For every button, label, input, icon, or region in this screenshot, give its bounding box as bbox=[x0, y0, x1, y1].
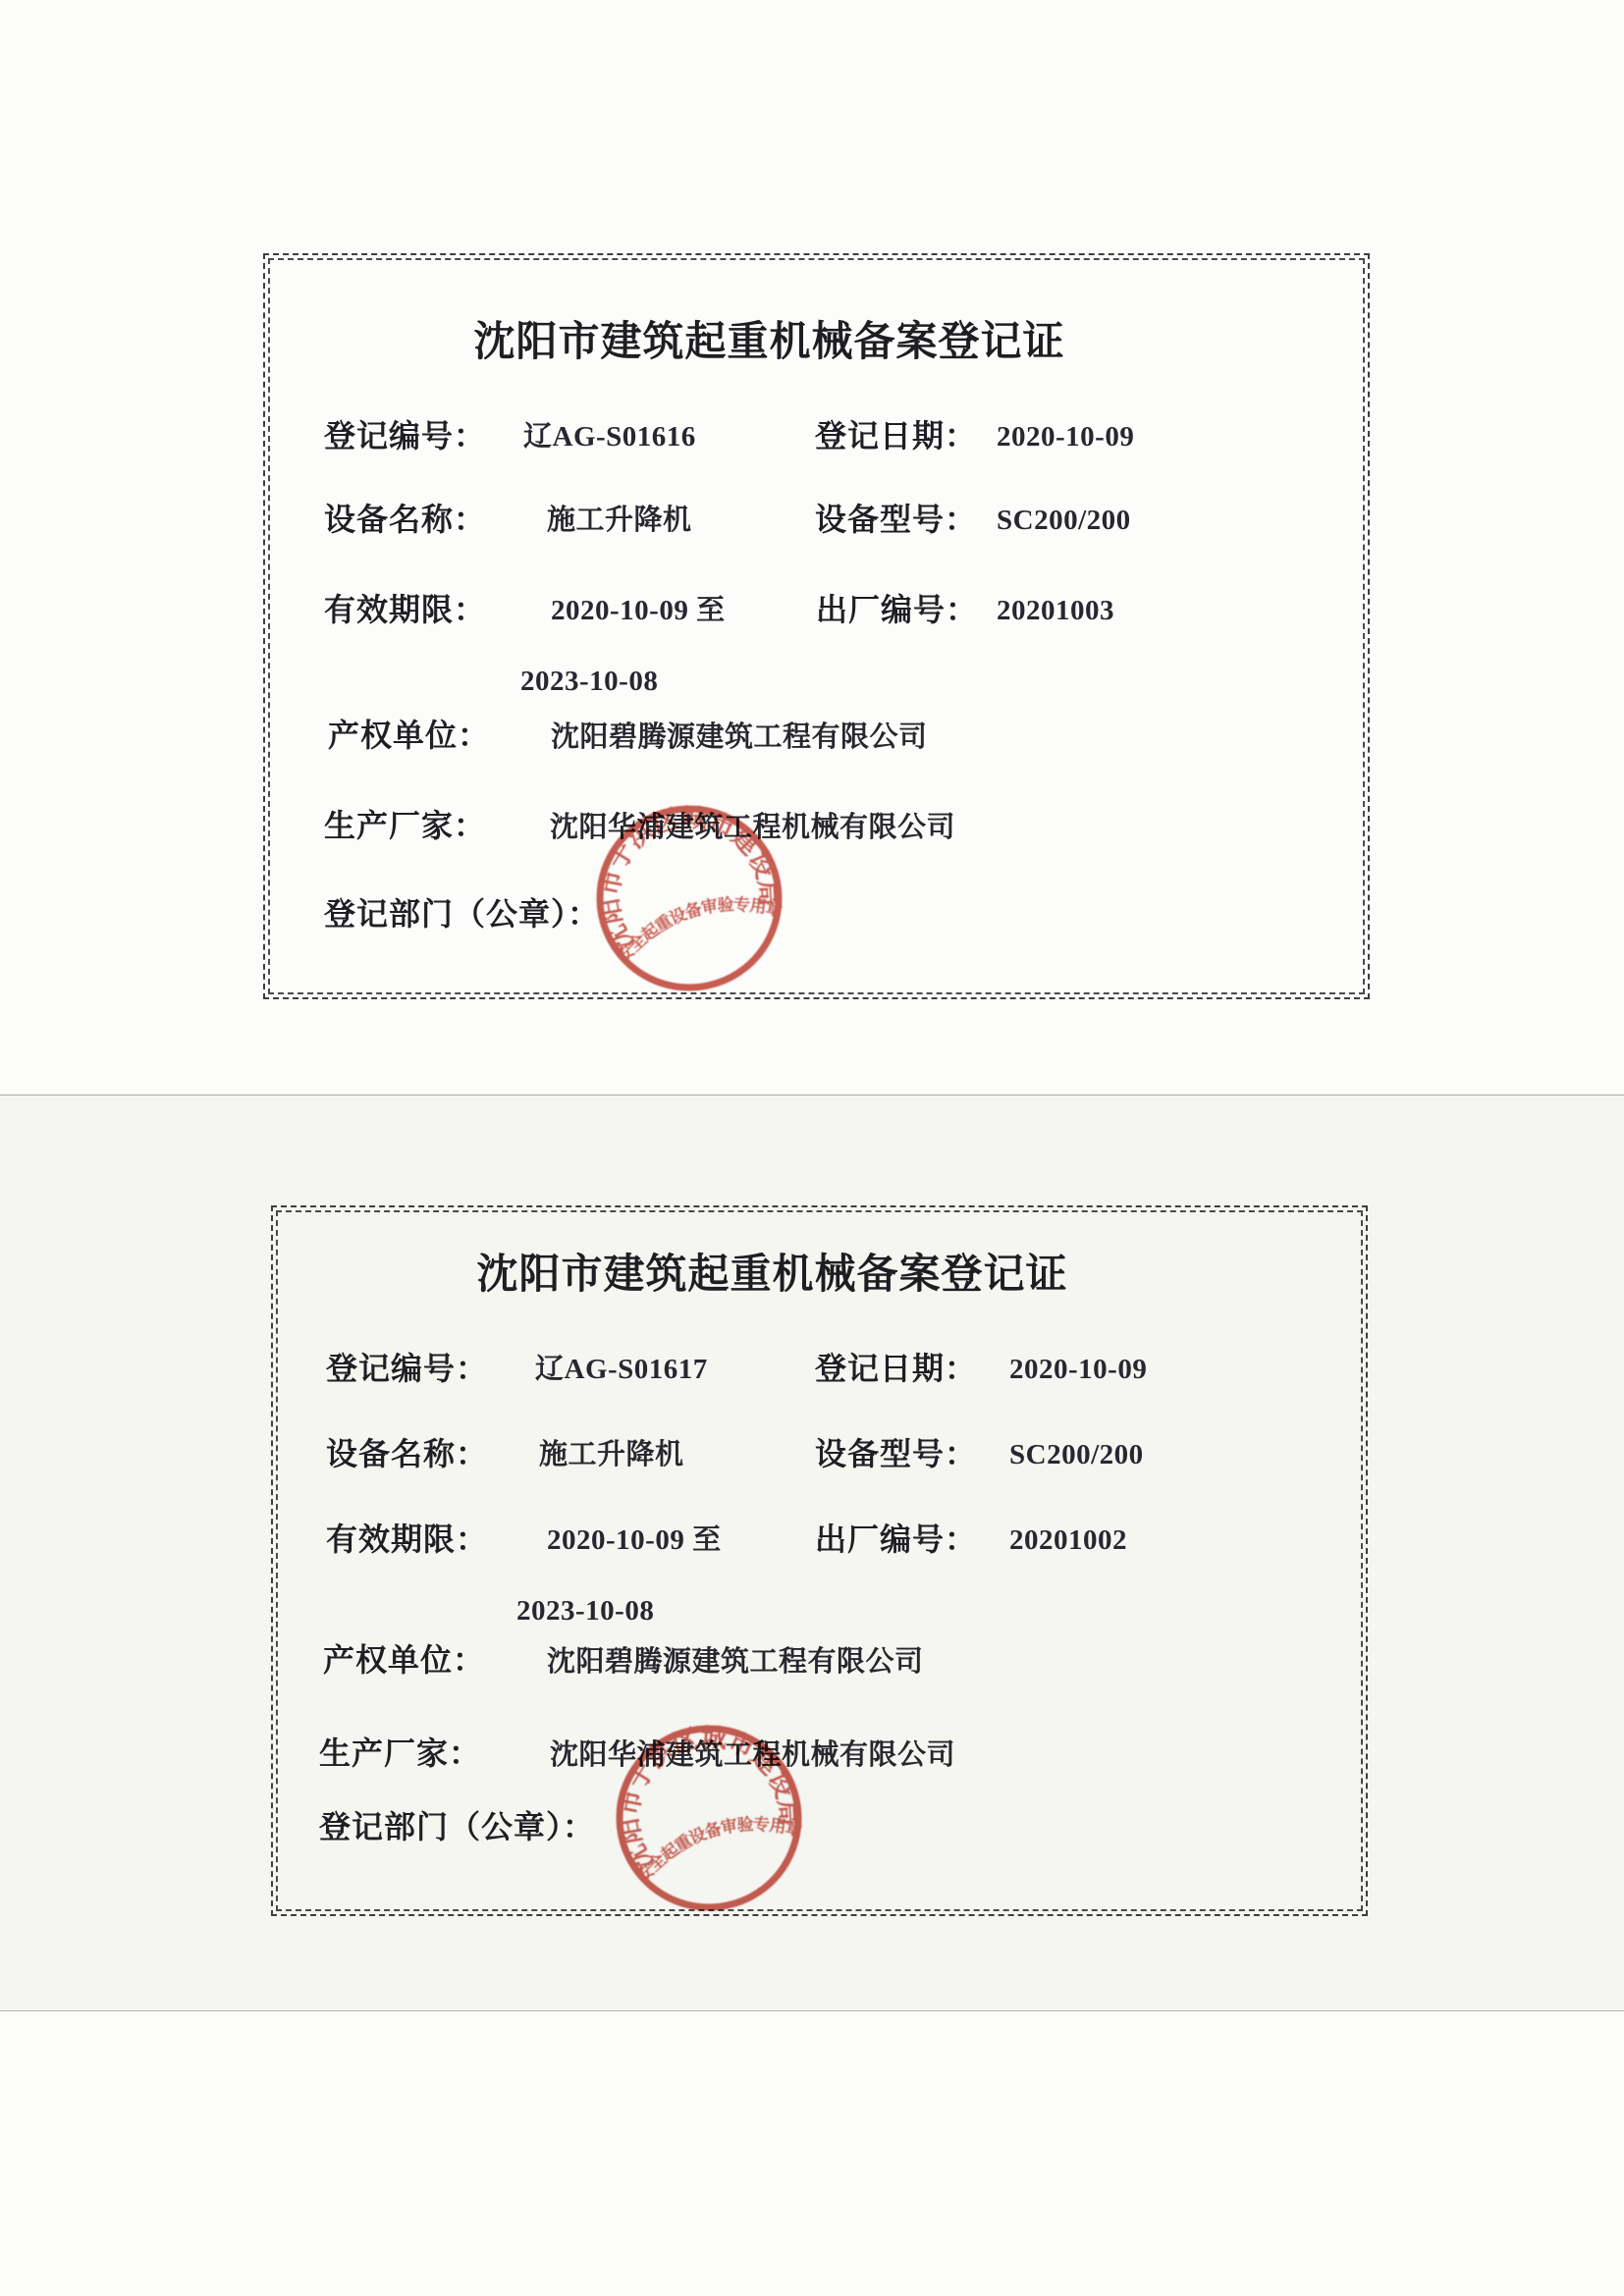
reg-date-label: 登记日期： bbox=[815, 1353, 977, 1384]
seal-section-label: 登记部门（公章）： bbox=[324, 898, 600, 930]
validity-end-value: 2023-10-08 bbox=[516, 1597, 654, 1626]
validity-start-value: 2020-10-09 至 bbox=[547, 1526, 722, 1555]
device-name-label: 设备名称： bbox=[326, 1438, 488, 1469]
certificate-title: 沈阳市建筑起重机械备案登记证 bbox=[473, 322, 1064, 363]
reg-date-label: 登记日期： bbox=[815, 420, 977, 452]
validity-start-value: 2020-10-09 至 bbox=[551, 597, 726, 625]
factory-no-label: 出厂编号： bbox=[816, 594, 978, 625]
device-model-label: 设备型号： bbox=[815, 1438, 977, 1469]
seal-section-label: 登记部门（公章）： bbox=[319, 1811, 595, 1842]
reg-no-value: 辽AG-S01617 bbox=[535, 1356, 708, 1384]
reg-date-value: 2020-10-09 bbox=[997, 423, 1134, 452]
device-name-label: 设备名称： bbox=[324, 504, 486, 535]
validity-label: 有效期限： bbox=[326, 1523, 488, 1555]
device-model-value: SC200/200 bbox=[1009, 1441, 1144, 1469]
reg-date-value: 2020-10-09 bbox=[1009, 1356, 1147, 1384]
certificate-1: 沈阳市建筑起重机械备案登记证 登记编号： 辽AG-S01616 登记日期： 20… bbox=[263, 253, 1370, 999]
factory-no-value: 20201003 bbox=[997, 597, 1114, 625]
owner-label: 产权单位： bbox=[328, 720, 490, 751]
certificate-2: 沈阳市建筑起重机械备案登记证 登记编号： 辽AG-S01617 登记日期： 20… bbox=[271, 1205, 1368, 1916]
device-name-value: 施工升降机 bbox=[539, 1441, 684, 1469]
reg-no-label: 登记编号： bbox=[324, 420, 486, 452]
scanned-document-page: { "document": { "certificates": [ { "tit… bbox=[0, 0, 1624, 2296]
manufacturer-label: 生产厂家： bbox=[319, 1737, 481, 1769]
device-model-label: 设备型号： bbox=[815, 504, 977, 535]
certificate-inner-border bbox=[276, 1210, 1363, 1911]
reg-no-label: 登记编号： bbox=[326, 1353, 488, 1384]
reg-no-value: 辽AG-S01616 bbox=[523, 423, 696, 452]
manufacturer-label: 生产厂家： bbox=[324, 810, 486, 841]
certificate-title: 沈阳市建筑起重机械备案登记证 bbox=[476, 1255, 1067, 1296]
owner-value: 沈阳碧腾源建筑工程有限公司 bbox=[551, 723, 928, 752]
owner-label: 产权单位： bbox=[323, 1644, 485, 1676]
factory-no-value: 20201002 bbox=[1009, 1526, 1127, 1555]
factory-no-label: 出厂编号： bbox=[815, 1523, 977, 1555]
device-model-value: SC200/200 bbox=[997, 507, 1131, 535]
owner-value: 沈阳碧腾源建筑工程有限公司 bbox=[547, 1648, 924, 1677]
device-name-value: 施工升降机 bbox=[547, 507, 692, 535]
validity-label: 有效期限： bbox=[324, 594, 486, 625]
validity-end-value: 2023-10-08 bbox=[520, 667, 658, 696]
